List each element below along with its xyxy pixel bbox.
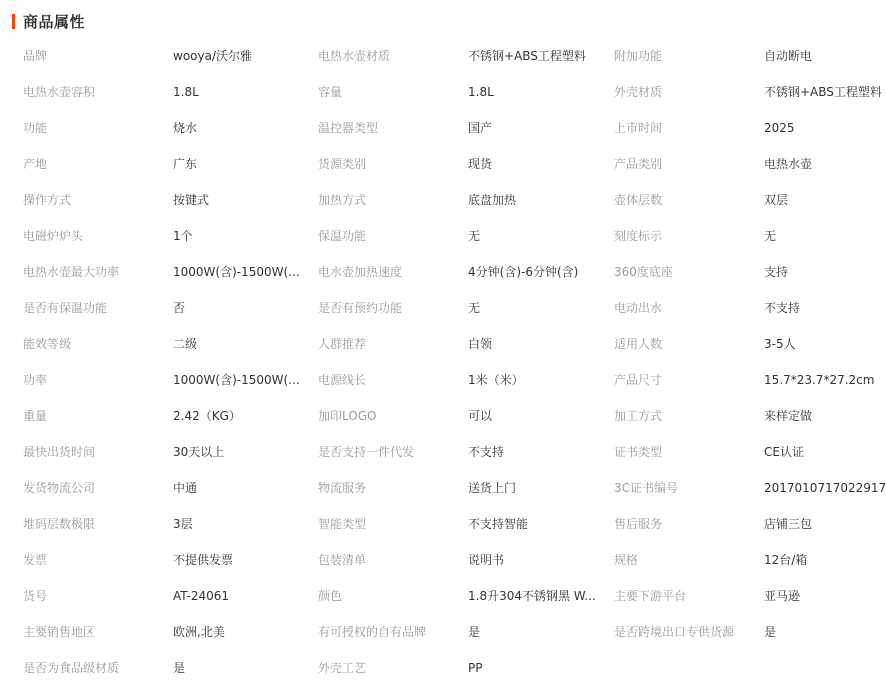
attribute-row: 重量 2.42（KG） 加印LOGO 可以 加工方式 来样定做 — [0, 398, 886, 434]
attribute-label: 品牌 — [23, 38, 47, 74]
attribute-row: 发票 不提供发票 包装清单 说明书 规格 12台/箱 — [0, 542, 886, 578]
attribute-value: 国产 — [468, 110, 492, 146]
attribute-value: 白领 — [468, 326, 492, 362]
attribute-label: 加印LOGO — [318, 398, 376, 434]
attribute-label: 壶体层数 — [614, 182, 662, 218]
attribute-label: 电水壶加热速度 — [318, 254, 402, 290]
attribute-label: 电源线长 — [318, 362, 366, 398]
attribute-label: 售后服务 — [614, 506, 662, 542]
attribute-label: 规格 — [614, 542, 638, 578]
attribute-label: 发货物流公司 — [23, 470, 95, 506]
attribute-value: 30天以上 — [173, 434, 224, 470]
attribute-value: 1.8L — [173, 74, 199, 110]
attribute-label: 颜色 — [318, 578, 342, 614]
attribute-value: 1米（米） — [468, 362, 524, 398]
attribute-value: 欧洲,北美 — [173, 614, 225, 650]
attribute-label: 重量 — [23, 398, 47, 434]
attribute-row: 货号 AT-24061 颜色 1.8升304不锈钢黑 W... 主要下游平台 亚… — [0, 578, 886, 614]
attribute-value: 1.8升304不锈钢黑 W... — [468, 578, 596, 614]
attribute-label: 是否有预约功能 — [318, 290, 402, 326]
attribute-row: 产地 广东 货源类别 现货 产品类别 电热水壶 — [0, 146, 886, 182]
attribute-value: 不锈钢+ABS工程塑料 — [468, 38, 586, 74]
attribute-row: 操作方式 按键式 加热方式 底盘加热 壶体层数 双层 — [0, 182, 886, 218]
attribute-value: 店铺三包 — [764, 506, 812, 542]
attribute-value: CE认证 — [764, 434, 804, 470]
attribute-label: 能效等级 — [23, 326, 71, 362]
attribute-value: 亚马逊 — [764, 578, 800, 614]
attribute-value: 1000W(含)-1500W(... — [173, 362, 300, 398]
attribute-row: 最快出货时间 30天以上 是否支持一件代发 不支持 证书类型 CE认证 — [0, 434, 886, 470]
attribute-value: AT-24061 — [173, 578, 229, 614]
attribute-value: 是 — [173, 650, 185, 686]
attribute-label: 上市时间 — [614, 110, 662, 146]
attribute-value: 1000W(含)-1500W(... — [173, 254, 300, 290]
attribute-value: 是 — [764, 614, 776, 650]
attribute-label: 产品尺寸 — [614, 362, 662, 398]
attribute-label: 主要销售地区 — [23, 614, 95, 650]
section-header: 商品属性 — [12, 11, 85, 31]
attribute-value: 否 — [173, 290, 185, 326]
attribute-value: PP — [468, 650, 482, 686]
attribute-value: 自动断电 — [764, 38, 812, 74]
attribute-value: wooya/沃尔雅 — [173, 38, 252, 74]
attribute-value: 支持 — [764, 254, 788, 290]
attribute-value: 4分钟(含)-6分钟(含) — [468, 254, 578, 290]
attribute-row: 是否有保温功能 否 是否有预约功能 无 电动出水 不支持 — [0, 290, 886, 326]
attribute-label: 堆码层数极限 — [23, 506, 95, 542]
attribute-value: 双层 — [764, 182, 788, 218]
attribute-label: 证书类型 — [614, 434, 662, 470]
attribute-label: 最快出货时间 — [23, 434, 95, 470]
attribute-label: 人群推荐 — [318, 326, 366, 362]
attribute-label: 温控器类型 — [318, 110, 378, 146]
attribute-label: 是否跨境出口专供货源 — [614, 614, 734, 650]
attribute-label: 电动出水 — [614, 290, 662, 326]
attribute-label: 360度底座 — [614, 254, 673, 290]
attribute-label: 操作方式 — [23, 182, 71, 218]
attribute-value: 3层 — [173, 506, 193, 542]
attribute-value: 是 — [468, 614, 480, 650]
attribute-value: 送货上门 — [468, 470, 516, 506]
attribute-row: 是否为食品级材质 是 外壳工艺 PP — [0, 650, 886, 686]
attribute-label: 容量 — [318, 74, 342, 110]
attribute-value: 不支持智能 — [468, 506, 528, 542]
attribute-row: 主要销售地区 欧洲,北美 有可授权的自有品牌 是 是否跨境出口专供货源 是 — [0, 614, 886, 650]
attribute-value: 不锈钢+ABS工程塑料 — [764, 74, 882, 110]
attribute-label: 功能 — [23, 110, 47, 146]
attribute-value: 烧水 — [173, 110, 197, 146]
attribute-row: 能效等级 二级 人群推荐 白领 适用人数 3-5人 — [0, 326, 886, 362]
attribute-label: 发票 — [23, 542, 47, 578]
attribute-label: 刻度标示 — [614, 218, 662, 254]
attribute-label: 是否为食品级材质 — [23, 650, 119, 686]
attribute-label: 智能类型 — [318, 506, 366, 542]
attribute-label: 保温功能 — [318, 218, 366, 254]
attribute-value: 3-5人 — [764, 326, 796, 362]
attribute-label: 包装清单 — [318, 542, 366, 578]
attribute-label: 产品类别 — [614, 146, 662, 182]
attribute-label: 是否支持一件代发 — [318, 434, 414, 470]
attribute-value: 广东 — [173, 146, 197, 182]
attribute-value: 电热水壶 — [764, 146, 812, 182]
attribute-row: 电磁炉炉头 1个 保温功能 无 刻度标示 无 — [0, 218, 886, 254]
product-attributes-grid: 品牌 wooya/沃尔雅 电热水壶材质 不锈钢+ABS工程塑料 附加功能 自动断… — [0, 38, 886, 686]
attribute-row: 品牌 wooya/沃尔雅 电热水壶材质 不锈钢+ABS工程塑料 附加功能 自动断… — [0, 38, 886, 74]
attribute-value: 2.42（KG） — [173, 398, 241, 434]
attribute-value: 无 — [764, 218, 776, 254]
attribute-label: 适用人数 — [614, 326, 662, 362]
attribute-value: 来样定做 — [764, 398, 812, 434]
attribute-value: 无 — [468, 290, 480, 326]
attribute-label: 物流服务 — [318, 470, 366, 506]
attribute-value: 中通 — [173, 470, 197, 506]
attribute-row: 堆码层数极限 3层 智能类型 不支持智能 售后服务 店铺三包 — [0, 506, 886, 542]
attribute-label: 电磁炉炉头 — [23, 218, 83, 254]
attribute-value: 2025 — [764, 110, 795, 146]
attribute-value: 现货 — [468, 146, 492, 182]
attribute-row: 电热水壶最大功率 1000W(含)-1500W(... 电水壶加热速度 4分钟(… — [0, 254, 886, 290]
attribute-row: 功率 1000W(含)-1500W(... 电源线长 1米（米） 产品尺寸 15… — [0, 362, 886, 398]
attribute-value: 不提供发票 — [173, 542, 233, 578]
attribute-row: 功能 烧水 温控器类型 国产 上市时间 2025 — [0, 110, 886, 146]
attribute-value: 可以 — [468, 398, 492, 434]
attribute-value: 不支持 — [764, 290, 800, 326]
section-title: 商品属性 — [23, 11, 85, 32]
attribute-label: 是否有保温功能 — [23, 290, 107, 326]
attribute-row: 电热水壶容积 1.8L 容量 1.8L 外壳材质 不锈钢+ABS工程塑料 — [0, 74, 886, 110]
attribute-label: 货源类别 — [318, 146, 366, 182]
accent-bar — [12, 14, 15, 29]
attribute-value: 15.7*23.7*27.2cm — [764, 362, 874, 398]
attribute-label: 功率 — [23, 362, 47, 398]
attribute-label: 电热水壶容积 — [23, 74, 95, 110]
attribute-value: 无 — [468, 218, 480, 254]
attribute-label: 电热水壶最大功率 — [23, 254, 119, 290]
attribute-label: 产地 — [23, 146, 47, 182]
attribute-row: 发货物流公司 中通 物流服务 送货上门 3C证书编号 2017010717022… — [0, 470, 886, 506]
attribute-label: 3C证书编号 — [614, 470, 678, 506]
attribute-value: 说明书 — [468, 542, 504, 578]
attribute-value: 1.8L — [468, 74, 494, 110]
attribute-value: 1个 — [173, 218, 193, 254]
attribute-value: 12台/箱 — [764, 542, 807, 578]
attribute-label: 附加功能 — [614, 38, 662, 74]
attribute-label: 主要下游平台 — [614, 578, 686, 614]
attribute-label: 外壳工艺 — [318, 650, 366, 686]
attribute-label: 有可授权的自有品牌 — [318, 614, 426, 650]
attribute-label: 货号 — [23, 578, 47, 614]
attribute-value: 2017010717022917 — [764, 470, 886, 506]
attribute-value: 按键式 — [173, 182, 209, 218]
attribute-label: 电热水壶材质 — [318, 38, 390, 74]
attribute-label: 加热方式 — [318, 182, 366, 218]
attribute-value: 底盘加热 — [468, 182, 516, 218]
attribute-value: 二级 — [173, 326, 197, 362]
attribute-value: 不支持 — [468, 434, 504, 470]
attribute-label: 外壳材质 — [614, 74, 662, 110]
attribute-label: 加工方式 — [614, 398, 662, 434]
